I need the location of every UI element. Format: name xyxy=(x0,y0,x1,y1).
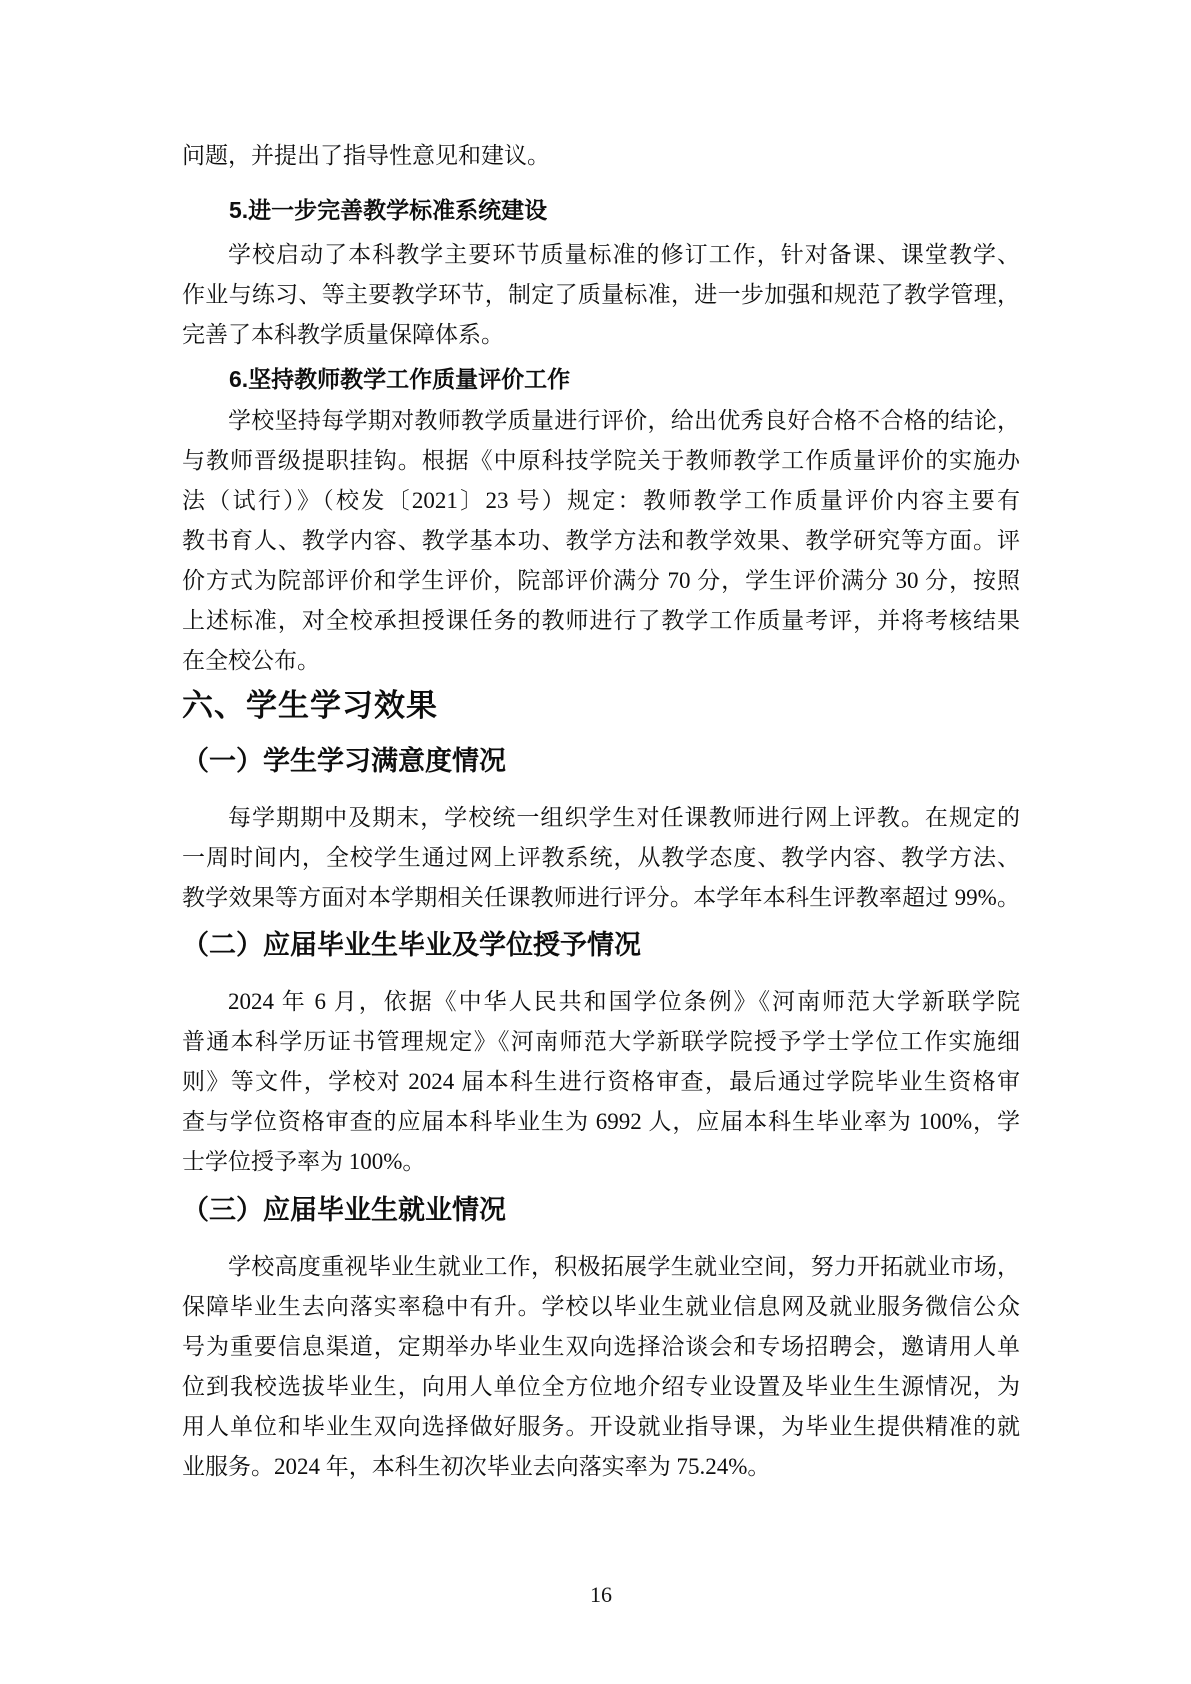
body-line: 士学位授予率为 100%。 xyxy=(182,1142,1020,1182)
document-page: 问题，并提出了指导性意见和建议。 5.进一步完善教学标准系统建设 学校启动了本科… xyxy=(0,0,1191,1684)
numbered-heading-5: 5.进一步完善教学标准系统建设 xyxy=(182,190,1020,230)
body-line: 问题，并提出了指导性意见和建议。 xyxy=(182,136,1020,176)
paragraph: 学校坚持每学期对教师教学质量进行评价，给出优秀良好合格不合格的结论， 与教师晋级… xyxy=(182,401,1020,681)
body-line: 学校启动了本科教学主要环节质量标准的修订工作，针对备课、课堂教学、 xyxy=(182,235,1020,275)
body-line: 查与学位资格审查的应届本科毕业生为 6992 人，应届本科生毕业率为 100%，… xyxy=(182,1102,1020,1142)
body-line: 在全校公布。 xyxy=(182,641,1020,681)
paragraph: 学校启动了本科教学主要环节质量标准的修订工作，针对备课、课堂教学、 作业与练习、… xyxy=(182,235,1020,355)
subsection-heading-1: （一）学生学习满意度情况 xyxy=(182,739,1020,783)
body-line: 上述标准，对全校承担授课任务的教师进行了教学工作质量考评，并将考核结果 xyxy=(182,601,1020,641)
body-line: 与教师晋级提职挂钩。根据《中原科技学院关于教师教学工作质量评价的实施办 xyxy=(182,441,1020,481)
page-number: 16 xyxy=(182,1581,1020,1609)
section-heading: 六、学生学习效果 xyxy=(182,683,1020,729)
body-line: 则》等文件，学校对 2024 届本科生进行资格审查，最后通过学院毕业生资格审 xyxy=(182,1062,1020,1102)
body-line: 教书育人、教学内容、教学基本功、教学方法和教学效果、教学研究等方面。评 xyxy=(182,521,1020,561)
paragraph-continuation: 问题，并提出了指导性意见和建议。 xyxy=(182,136,1020,176)
body-line: 学校坚持每学期对教师教学质量进行评价，给出优秀良好合格不合格的结论， xyxy=(182,401,1020,441)
body-line: 用人单位和毕业生双向选择做好服务。开设就业指导课，为毕业生提供精准的就 xyxy=(182,1407,1020,1447)
body-line: 价方式为院部评价和学生评价，院部评价满分 70 分，学生评价满分 30 分，按照 xyxy=(182,561,1020,601)
paragraph: 每学期期中及期末，学校统一组织学生对任课教师进行网上评教。在规定的 一周时间内，… xyxy=(182,798,1020,918)
subsection-heading-2: （二）应届毕业生毕业及学位授予情况 xyxy=(182,923,1020,967)
body-line: 每学期期中及期末，学校统一组织学生对任课教师进行网上评教。在规定的 xyxy=(182,798,1020,838)
body-line: 学校高度重视毕业生就业工作，积极拓展学生就业空间，努力开拓就业市场， xyxy=(182,1247,1020,1287)
paragraph: 2024 年 6 月，依据《中华人民共和国学位条例》《河南师范大学新联学院 普通… xyxy=(182,982,1020,1182)
body-line: 作业与练习、等主要教学环节，制定了质量标准，进一步加强和规范了教学管理， xyxy=(182,275,1020,315)
body-line: 法（试行）》（校发〔2021〕23 号）规定：教师教学工作质量评价内容主要有 xyxy=(182,481,1020,521)
body-line: 业服务。2024 年，本科生初次毕业去向落实率为 75.24%。 xyxy=(182,1447,1020,1487)
numbered-heading-6: 6.坚持教师教学工作质量评价工作 xyxy=(182,359,1020,399)
body-line: 2024 年 6 月，依据《中华人民共和国学位条例》《河南师范大学新联学院 xyxy=(182,982,1020,1022)
paragraph: 学校高度重视毕业生就业工作，积极拓展学生就业空间，努力开拓就业市场， 保障毕业生… xyxy=(182,1247,1020,1487)
body-line: 一周时间内，全校学生通过网上评教系统，从教学态度、教学内容、教学方法、 xyxy=(182,838,1020,878)
body-line: 教学效果等方面对本学期相关任课教师进行评分。本学年本科生评教率超过 99%。 xyxy=(182,878,1020,918)
body-line: 完善了本科教学质量保障体系。 xyxy=(182,315,1020,355)
body-line: 号为重要信息渠道，定期举办毕业生双向选择洽谈会和专场招聘会，邀请用人单 xyxy=(182,1327,1020,1367)
subsection-heading-3: （三）应届毕业生就业情况 xyxy=(182,1188,1020,1232)
body-line: 保障毕业生去向落实率稳中有升。学校以毕业生就业信息网及就业服务微信公众 xyxy=(182,1287,1020,1327)
body-line: 普通本科学历证书管理规定》《河南师范大学新联学院授予学士学位工作实施细 xyxy=(182,1022,1020,1062)
body-line: 位到我校选拔毕业生，向用人单位全方位地介绍专业设置及毕业生生源情况，为 xyxy=(182,1367,1020,1407)
